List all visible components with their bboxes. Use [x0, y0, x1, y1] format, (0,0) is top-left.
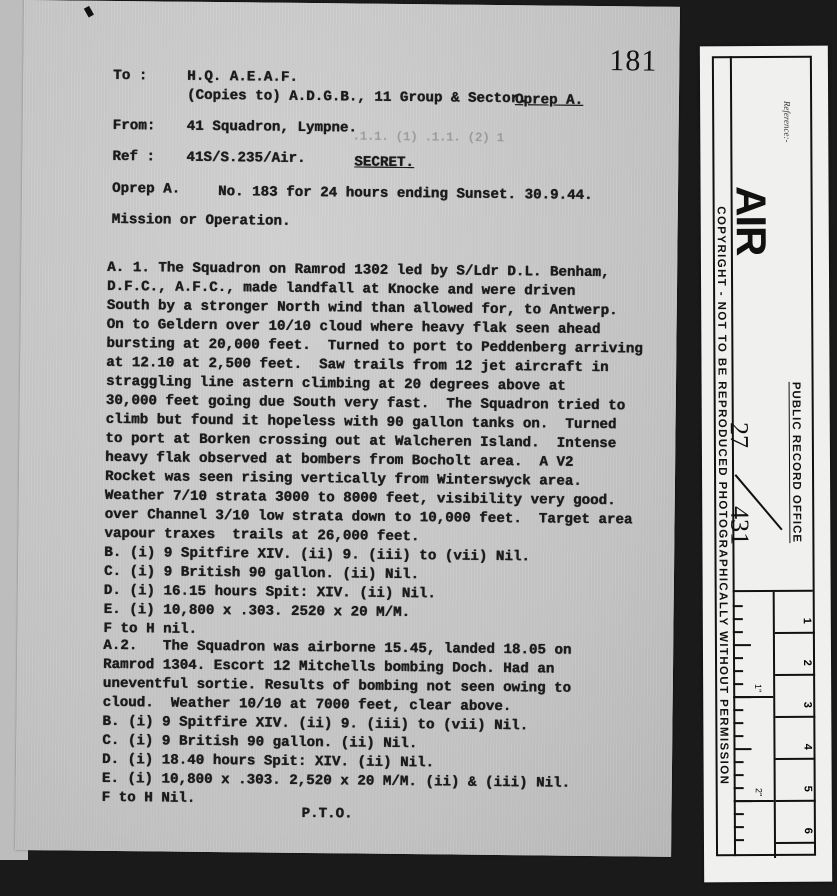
- ref-value: 41S/S.235/Air.: [186, 149, 305, 169]
- piece-number: 27: [724, 422, 754, 448]
- ruler-tick: [733, 644, 751, 646]
- folio-number: 181: [609, 44, 657, 79]
- ruler-tick: [733, 735, 743, 737]
- item-number: 431: [724, 506, 754, 545]
- ruler-tick: [733, 670, 743, 672]
- to-label: To :: [113, 67, 147, 86]
- from-value: 41 Squadron, Lympne.: [187, 118, 357, 139]
- mission-heading: Mission or Operation.: [112, 211, 291, 232]
- ruler-tick: [733, 657, 743, 659]
- cm-mark: 2: [775, 674, 815, 676]
- section-a2: A.2. The Squadron was airborne 15.45, la…: [102, 637, 684, 814]
- ruler-tick: [734, 774, 744, 776]
- classification-stamp: SECRET.: [354, 153, 414, 173]
- cm-label: 3: [801, 702, 813, 708]
- ruler-tick: [733, 722, 743, 724]
- ruler-tick: [733, 709, 743, 711]
- cm-mark: 4: [776, 758, 816, 760]
- ruler-tick: [733, 631, 743, 633]
- inch-mark: 2": [734, 800, 774, 802]
- ruler-tick: [733, 618, 743, 620]
- inch-label: 1": [753, 684, 763, 692]
- from-label: From:: [113, 117, 156, 136]
- ruler-tick: [733, 605, 743, 607]
- oprep-tag: Oprep A.: [515, 91, 583, 111]
- cm-mark: 5: [776, 800, 816, 802]
- copies-to: (Copies to) A.D.G.B., 11 Group & Sector.: [187, 87, 528, 110]
- ref-label: Ref :: [112, 148, 155, 167]
- archive-label-card: Reference:- AIR COPYRIGHT - NOT TO BE RE…: [700, 46, 832, 883]
- ruler-tick: [734, 787, 744, 789]
- series-code: AIR: [727, 186, 775, 256]
- record-office-name: PUBLIC RECORD OFFICE: [790, 382, 803, 543]
- signature-pto: P.T.O.: [301, 805, 352, 825]
- cm-mark: 6: [776, 842, 816, 844]
- cm-label: 1: [801, 618, 813, 624]
- cm-label: 2: [801, 660, 813, 666]
- to-value: H.Q. A.E.A.F.: [187, 68, 298, 88]
- oprep-line-label: Oprep A.: [112, 180, 180, 200]
- ruler-tick: [733, 683, 743, 685]
- ruler-tick: [733, 748, 751, 750]
- document-page: 181 To : H.Q. A.E.A.F. (Copies to) A.D.G…: [15, 0, 680, 857]
- ruler-tick: [734, 839, 744, 841]
- cm-label: 6: [802, 828, 814, 834]
- reference-label: Reference:-: [782, 101, 792, 143]
- cm-label: 5: [802, 786, 814, 792]
- scale-ruler: 1234561"2": [733, 590, 814, 858]
- ruler-tick: [734, 826, 744, 828]
- cm-mark: 3: [775, 716, 815, 718]
- cm-mark: 1: [775, 632, 815, 634]
- bleed-through-text: .1.1. (1) .1.1. (2) 1: [352, 127, 503, 148]
- inch-label: 2": [754, 788, 764, 796]
- ruler-tick: [734, 761, 744, 763]
- inch-mark: 1": [733, 696, 773, 698]
- section-a1: A. 1. The Squadron on Ramrod 1302 led by…: [103, 259, 687, 645]
- cm-label: 4: [801, 744, 813, 750]
- ruler-tick: [734, 813, 744, 815]
- oprep-line-value: No. 183 for 24 hours ending Sunset. 30.9…: [218, 183, 593, 206]
